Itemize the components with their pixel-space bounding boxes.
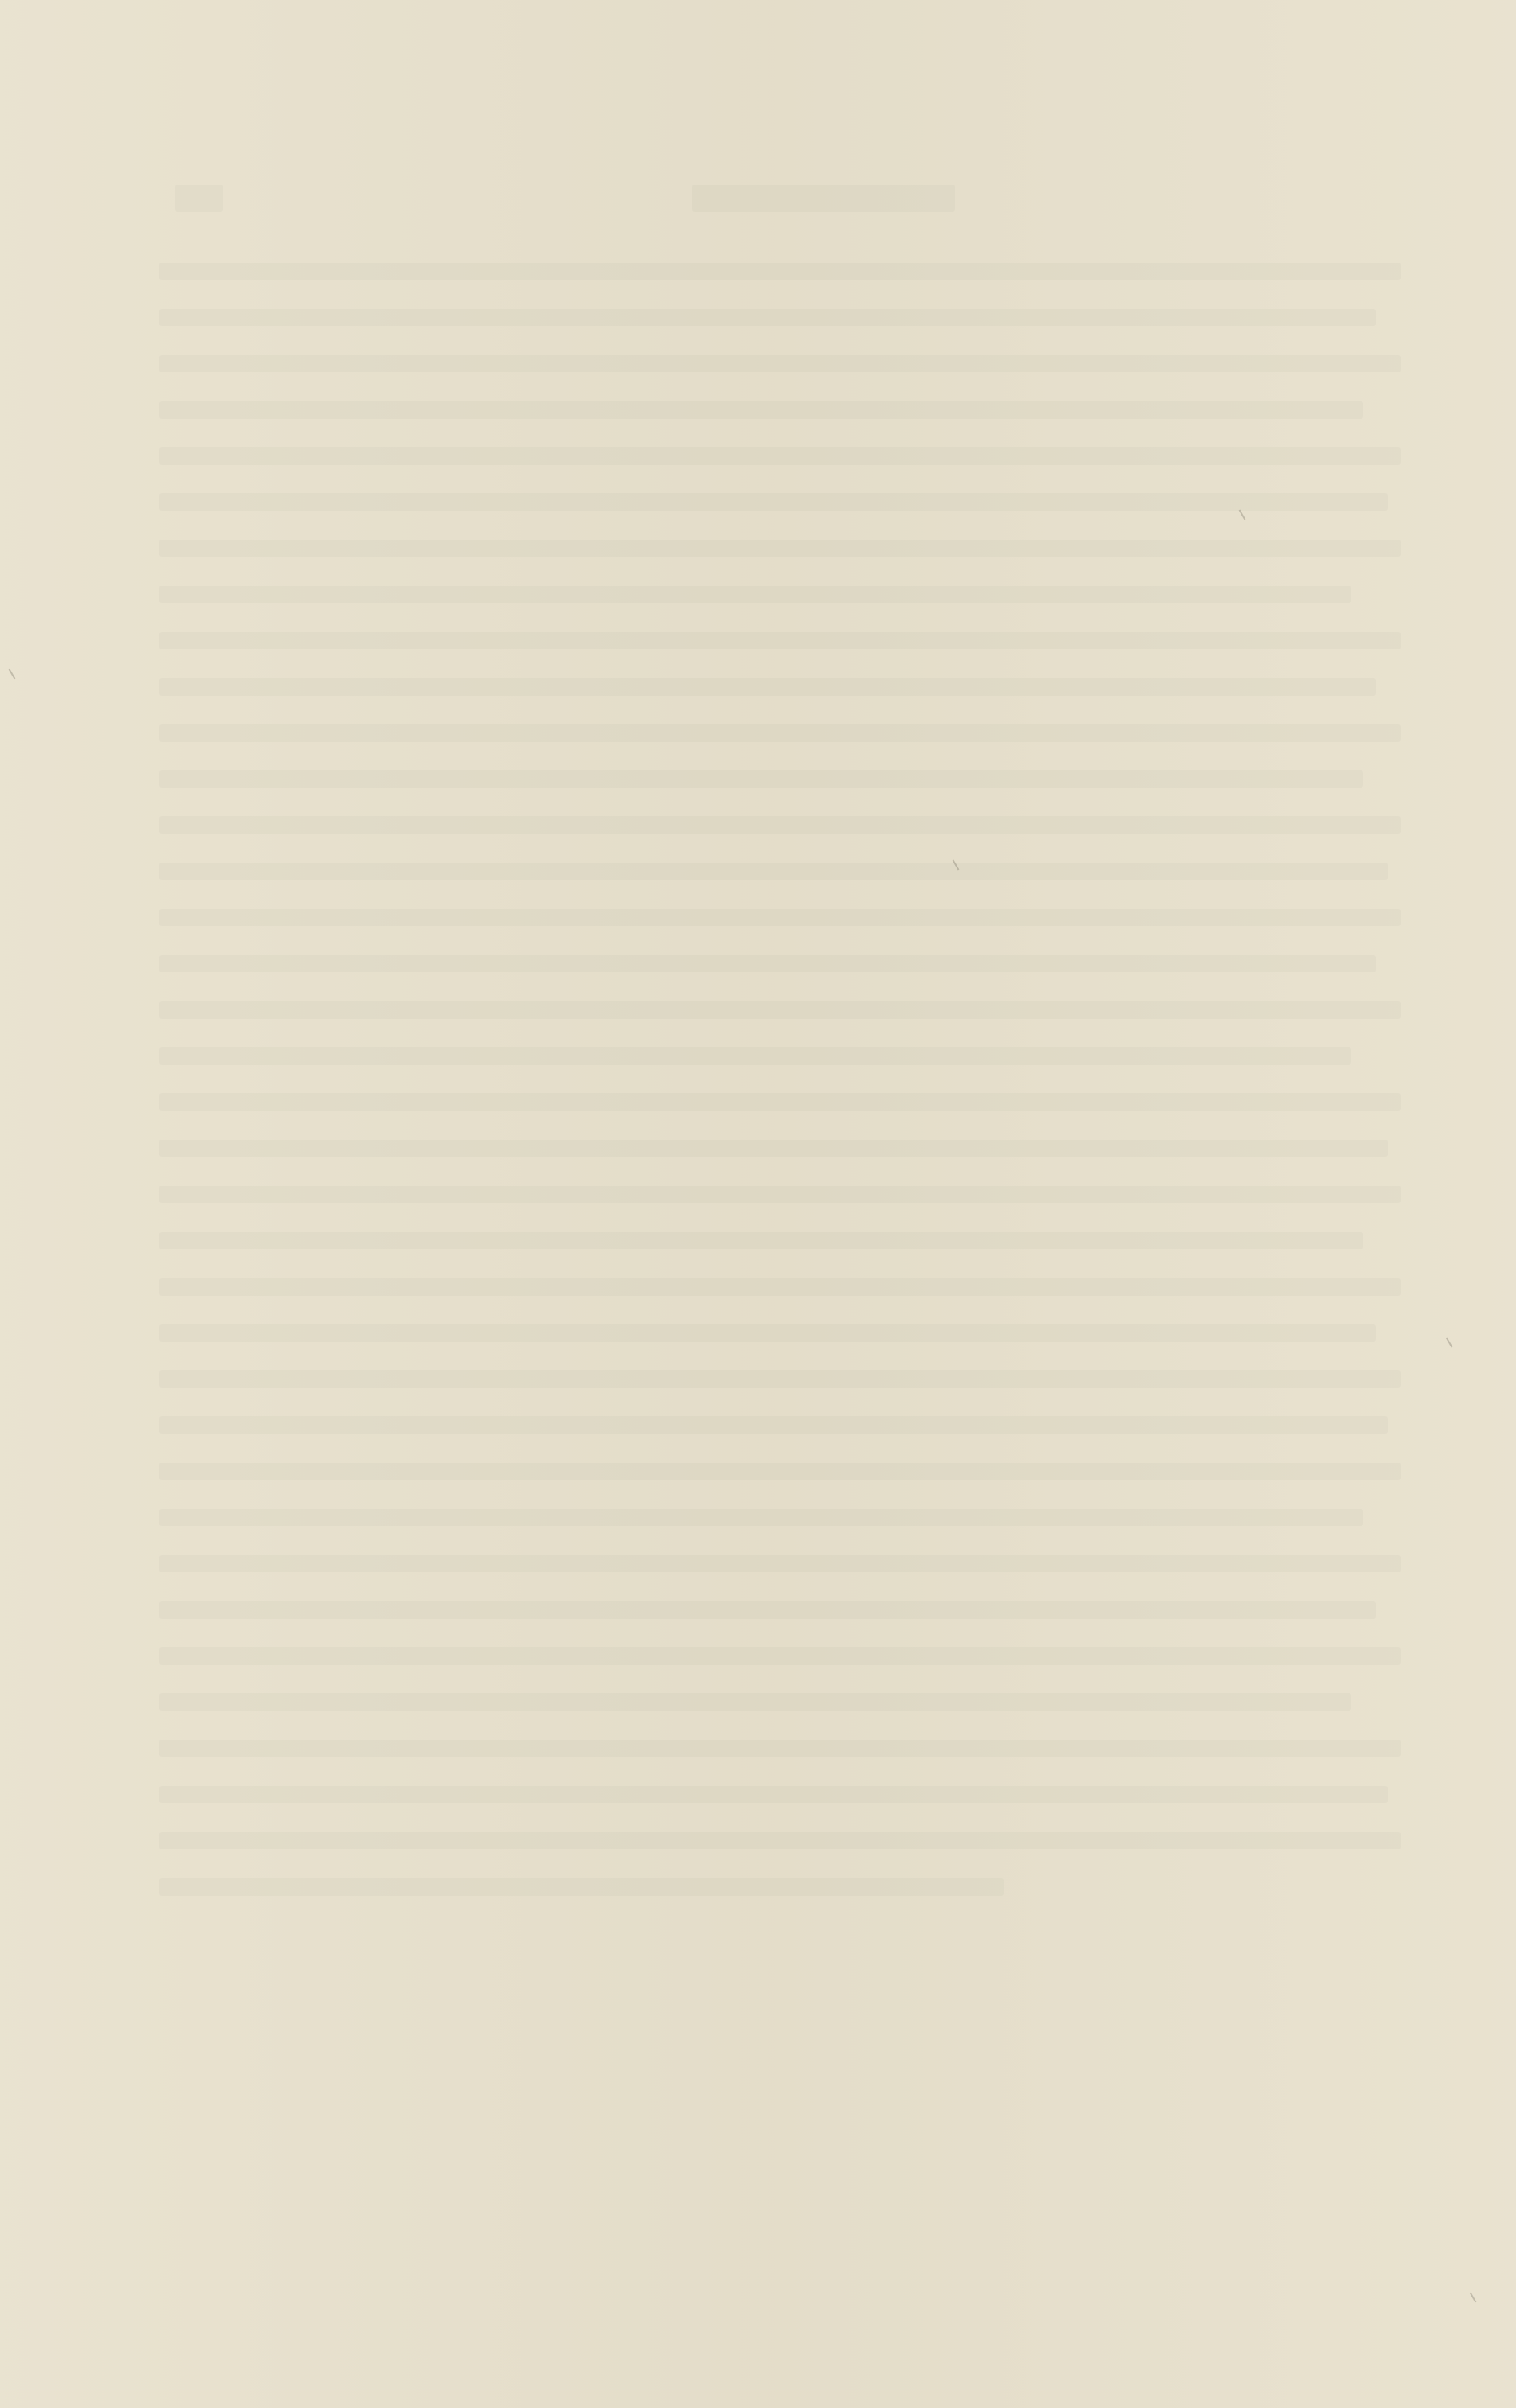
show-through-line xyxy=(159,1786,1388,1803)
show-through-line xyxy=(159,586,1351,603)
show-through-line xyxy=(159,1740,1401,1757)
show-through-line xyxy=(159,447,1401,465)
show-through-line xyxy=(159,355,1401,372)
show-through-line xyxy=(159,1232,1363,1249)
show-through-line xyxy=(159,1463,1401,1480)
show-through-line xyxy=(159,770,1363,788)
show-through-line xyxy=(159,540,1401,557)
show-through-line xyxy=(159,909,1401,926)
show-through-line xyxy=(159,401,1363,419)
show-through-line xyxy=(159,1555,1401,1572)
paper-fiber-mark xyxy=(1446,1337,1453,1347)
show-through-line xyxy=(159,1278,1401,1296)
show-through-text-block xyxy=(159,263,1401,1924)
show-through-line xyxy=(159,263,1401,280)
show-through-line xyxy=(159,863,1388,880)
show-through-line xyxy=(159,1093,1401,1111)
show-through-page-number xyxy=(175,185,223,212)
show-through-running-head xyxy=(692,185,955,212)
show-through-line xyxy=(159,1001,1401,1019)
show-through-line xyxy=(159,816,1401,834)
show-through-line xyxy=(159,1601,1376,1619)
show-through-line xyxy=(159,1509,1363,1526)
show-through-line xyxy=(159,1416,1388,1434)
scanned-blank-page xyxy=(0,0,1516,2408)
show-through-line xyxy=(159,1878,1004,1896)
show-through-line xyxy=(159,1324,1376,1342)
paper-fiber-mark xyxy=(1470,2292,1477,2302)
paper-fiber-mark xyxy=(9,668,16,679)
show-through-line xyxy=(159,632,1401,649)
show-through-line xyxy=(159,1186,1401,1203)
show-through-line xyxy=(159,724,1401,742)
show-through-line xyxy=(159,678,1376,696)
show-through-line xyxy=(159,1140,1388,1157)
show-through-line xyxy=(159,1647,1401,1665)
show-through-line xyxy=(159,309,1376,326)
show-through-line xyxy=(159,1693,1351,1711)
show-through-line xyxy=(159,1370,1401,1388)
show-through-line xyxy=(159,1047,1351,1065)
show-through-line xyxy=(159,493,1388,511)
show-through-line xyxy=(159,1832,1401,1849)
show-through-line xyxy=(159,955,1376,972)
